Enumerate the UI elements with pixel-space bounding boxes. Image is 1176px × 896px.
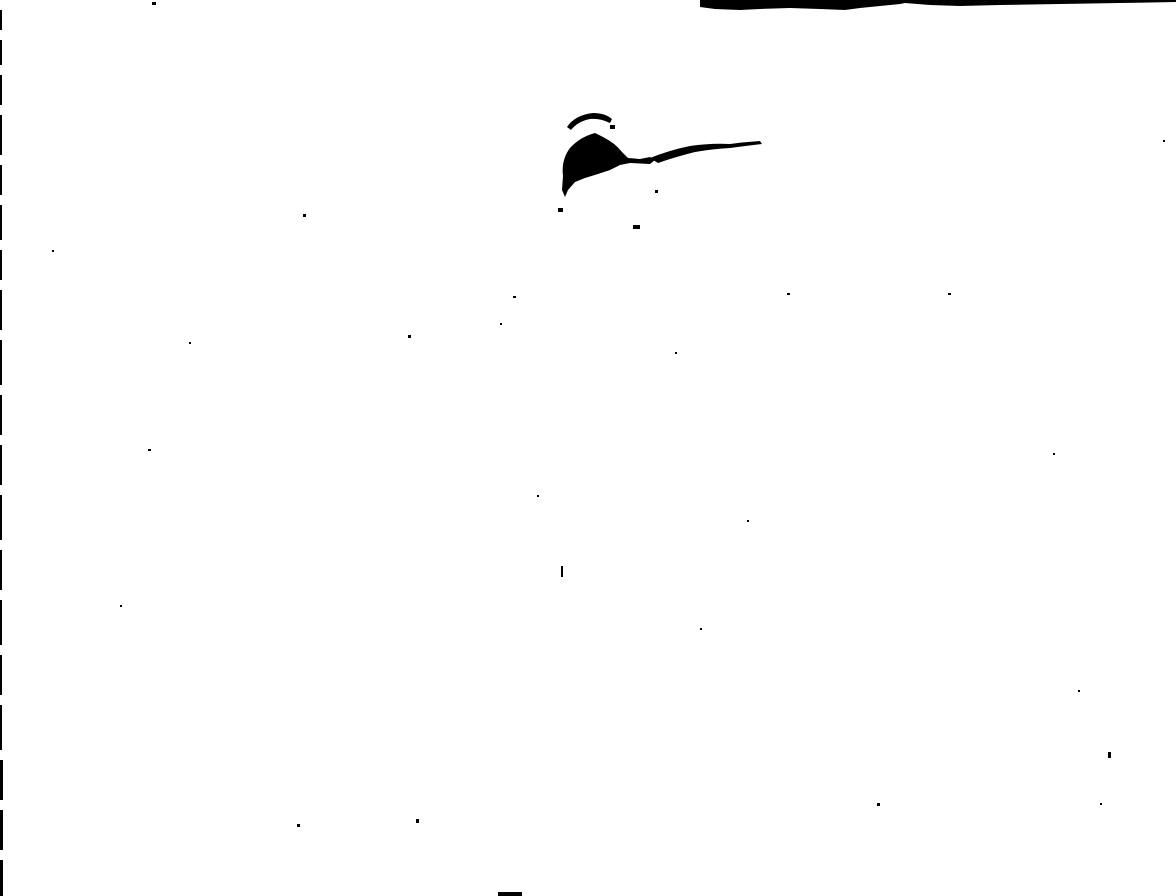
background [0, 0, 1176, 896]
binarized-photo [0, 0, 1176, 896]
